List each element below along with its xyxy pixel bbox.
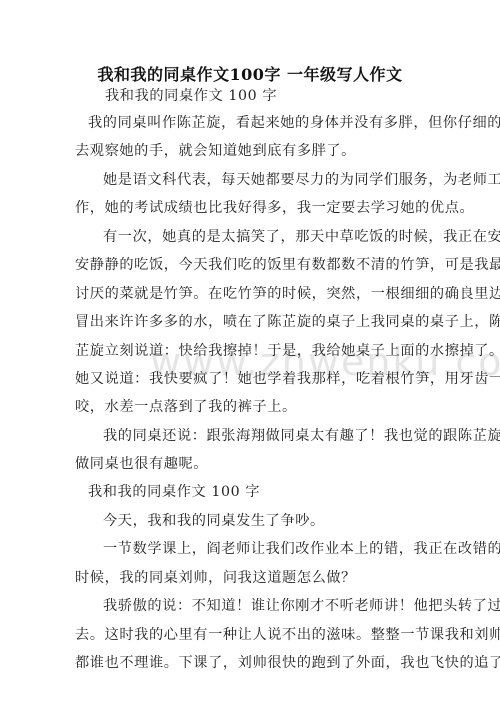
text-line: 咬，水差一点落到了我的裤子上。 bbox=[75, 396, 297, 416]
text-line: 时候，我的同桌刘帅，问我这道题怎么做？ bbox=[75, 567, 356, 587]
text-line: 有一次，她真的是太搞笑了，那天中草吃饭的时候，我正在安 bbox=[103, 226, 500, 246]
text-line: 讨厌的菜就是竹笋。在吃竹笋的时候，突然，一根细细的确良里边 bbox=[75, 283, 500, 303]
text-line: 安静静的吃饭，今天我们吃的饭里有数都数不清的竹笋，可是我最 bbox=[75, 254, 500, 274]
text-line: 芷旋立刻说道：快给我擦掉！于是，我给她桌子上面的水擦掉了。 bbox=[75, 340, 500, 360]
text-line: 今天，我和我的同桌发生了争吵。 bbox=[103, 510, 325, 530]
text-line: 去。这时我的心里有一种让人说不出的滋味。整整一节课我和刘帅 bbox=[75, 624, 500, 644]
text-line: 冒出来许许多多的水，喷在了陈芷旋的桌子上我同桌的桌子上，陈 bbox=[75, 311, 500, 331]
text-line: 我的同桌叫作陈芷旋，看起来她的身体并没有多胖，但你仔细的 bbox=[88, 112, 500, 132]
document-title: 我和我的同桌作文100字 一年级写人作文 bbox=[0, 62, 500, 85]
text-line: 我和我的同桌作文 100 字 bbox=[105, 85, 277, 105]
text-line: 去观察她的手，就会知道她到底有多胖了。 bbox=[75, 140, 356, 160]
text-line: 我的同桌还说：跟张海翔做同桌太有趣了！我也觉的跟陈芷旋 bbox=[103, 425, 500, 445]
text-line: 她又说道：我快要疯了！她也学着我那样，吃着根竹笋，用牙齿一 bbox=[75, 368, 500, 388]
text-line: 我和我的同桌作文 100 字 bbox=[88, 481, 260, 501]
text-line: 做同桌也很有趣呢。 bbox=[75, 453, 208, 473]
text-line: 都谁也不理谁。下课了，刘帅很快的跑到了外面，我也飞快的追了 bbox=[75, 652, 500, 672]
document-page: 我和我的同桌作文100字 一年级写人作文 www.zhwenku.com 我和我… bbox=[0, 0, 500, 708]
text-line: 一节数学课上，阎老师让我们改作业本上的错，我正在改错的 bbox=[103, 538, 500, 558]
text-line: 我骄傲的说：不知道！谁让你刚才不听老师讲！他把头转了过 bbox=[103, 595, 500, 615]
text-line: 作，她的考试成绩也比我好得多，我一定要去学习她的优点。 bbox=[75, 197, 474, 217]
text-line: 她是语文科代表，每天她都要尽力的为同学们服务，为老师工 bbox=[103, 169, 500, 189]
